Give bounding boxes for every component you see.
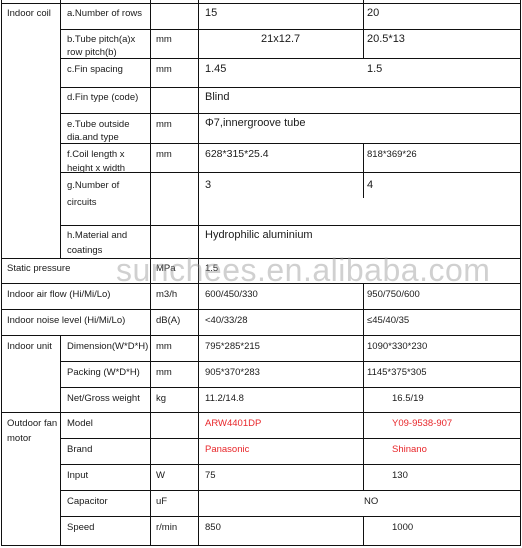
divider	[60, 361, 521, 362]
divider	[60, 516, 521, 517]
unit-static-pressure: MPa	[156, 260, 176, 277]
border-left	[1, 0, 2, 546]
value-model-1: ARW4401DP	[205, 415, 261, 432]
param-fin-type: d.Fin type (code)	[67, 89, 138, 106]
divider	[60, 0, 61, 258]
unit-dimension: mm	[156, 338, 172, 355]
divider	[60, 387, 521, 388]
value-tube-pitch-2: 20.5*13	[367, 31, 405, 48]
value-air-flow-1: 600/450/330	[205, 286, 258, 303]
value-tube-pitch-1: 21x12.7	[261, 31, 300, 48]
unit-speed: r/min	[156, 519, 177, 536]
unit-tube-outside: mm	[156, 116, 172, 133]
value-speed-2: 1000	[392, 519, 413, 536]
param-tube-pitch-line2: row pitch(b)	[67, 44, 117, 61]
divider	[60, 143, 521, 144]
value-weight-1: 11.2/14.8	[205, 390, 244, 407]
value-brand-2: Shinano	[392, 441, 427, 458]
value-capacitor: NO	[364, 493, 378, 510]
divider	[60, 464, 521, 465]
section-label-indoor-coil: Indoor coil	[7, 5, 51, 22]
param-coil-length-line2: height x width	[67, 160, 125, 177]
value-model-2: Y09-9538-907	[392, 415, 452, 432]
param-brand: Brand	[67, 441, 92, 458]
divider	[60, 58, 521, 59]
divider	[60, 438, 521, 439]
label-static-pressure: Static pressure	[7, 260, 70, 277]
param-packing: Packing (W*D*H)	[67, 364, 140, 381]
value-dimension-2: 1090*330*230	[367, 338, 427, 355]
value-circuits-1: 3	[205, 177, 211, 194]
value-coil-length-1: 628*315*25.4	[205, 146, 269, 163]
divider	[363, 143, 364, 198]
value-air-flow-2: 950/750/600	[367, 286, 420, 303]
value-dimension-1: 795*285*215	[205, 338, 260, 355]
value-speed-1: 850	[205, 519, 221, 536]
param-tube-outside-line2: dia.and type	[67, 129, 119, 146]
value-packing-1: 905*370*283	[205, 364, 260, 381]
value-circuits-2: 4	[367, 177, 373, 194]
value-fin-spacing-1: 1.45	[205, 61, 226, 78]
value-weight-2: 16.5/19	[392, 390, 424, 407]
param-fin-spacing: c.Fin spacing	[67, 61, 123, 78]
divider	[60, 113, 521, 114]
unit-packing: mm	[156, 364, 172, 381]
value-noise-level-1: <40/33/28	[205, 312, 248, 329]
param-material-line2: coatings	[67, 242, 102, 259]
value-noise-level-2: ≤45/40/35	[367, 312, 409, 329]
param-dimension: Dimension(W*D*H)	[67, 338, 148, 355]
param-circuits: g.Number of	[67, 177, 119, 194]
unit-tube-pitch: mm	[156, 31, 172, 48]
label-air-flow: Indoor air flow (Hi/Mi/Lo)	[7, 286, 110, 303]
value-material: Hydrophilic aluminium	[205, 227, 313, 244]
param-model: Model	[67, 415, 93, 432]
value-fin-spacing-2: 1.5	[367, 61, 382, 78]
divider	[60, 87, 521, 88]
divider	[1, 309, 521, 310]
divider	[60, 172, 521, 173]
unit-capacitor: uF	[156, 493, 167, 510]
param-circuits-line2: circuits	[67, 194, 97, 211]
unit-fin-spacing: mm	[156, 61, 172, 78]
value-packing-2: 1145*375*305	[367, 364, 427, 381]
label-noise-level: Indoor noise level (Hi/Mi/Lo)	[7, 312, 125, 329]
unit-coil-length: mm	[156, 146, 172, 163]
param-weight: Net/Gross weight	[67, 390, 140, 407]
divider	[1, 545, 521, 546]
param-input: Input	[67, 467, 88, 484]
divider	[60, 335, 61, 546]
divider	[363, 516, 364, 546]
divider	[1, 283, 521, 284]
section-label-indoor-unit: Indoor unit	[7, 338, 52, 355]
divider	[60, 490, 521, 491]
value-brand-1: Panasonic	[205, 441, 249, 458]
divider	[1, 3, 521, 4]
value-input-1: 75	[205, 467, 216, 484]
value-static-pressure: 1.5	[205, 260, 218, 277]
unit-air-flow: m3/h	[156, 286, 177, 303]
unit-noise-level: dB(A)	[156, 312, 180, 329]
value-fin-type: Blind	[205, 89, 229, 106]
param-number-of-rows: a.Number of rows	[67, 5, 142, 22]
divider	[1, 335, 521, 336]
unit-input: W	[156, 467, 165, 484]
value-rows-1: 15	[205, 5, 217, 22]
param-capacitor: Capacitor	[67, 493, 108, 510]
divider	[60, 225, 521, 226]
divider	[60, 29, 521, 30]
value-coil-length-2: 818*369*26	[367, 146, 417, 163]
divider	[1, 412, 521, 413]
section-label-outdoor-fan-line2: motor	[7, 430, 31, 447]
value-rows-2: 20	[367, 5, 379, 22]
param-speed: Speed	[67, 519, 94, 536]
unit-weight: kg	[156, 390, 166, 407]
value-input-2: 130	[392, 467, 408, 484]
value-tube-outside: Φ7,innergroove tube	[205, 115, 306, 132]
